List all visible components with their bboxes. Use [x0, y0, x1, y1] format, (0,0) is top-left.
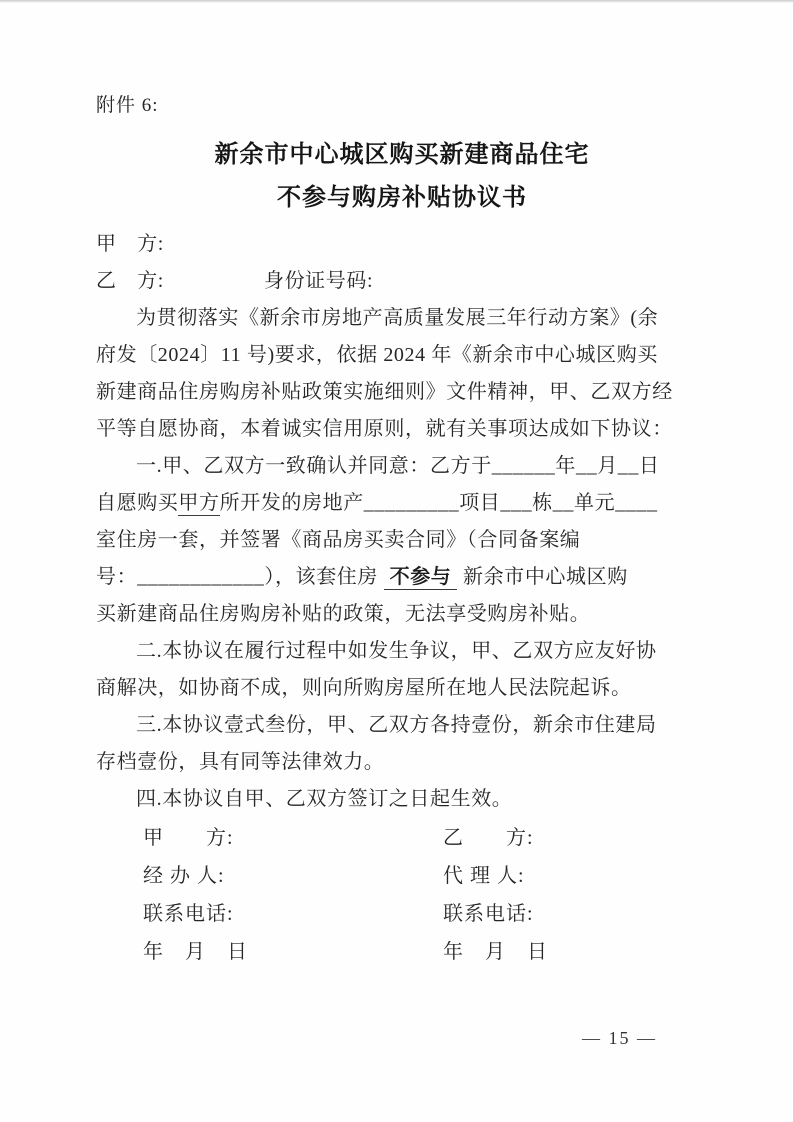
body-text: 买新建商品住房购房补贴的政策，无法享受购房补贴。: [96, 603, 590, 625]
body-line: 自愿购买甲方所开发的房地产_________项目___栋__单元____: [96, 485, 708, 522]
signature-label: 经 办 人:: [143, 857, 248, 895]
document-title-line-1: 新余市中心城区购买新建商品住宅: [96, 134, 708, 177]
body-text: 二.本协议在履行过程中如发生争议，甲、乙双方应友好协: [136, 640, 657, 662]
body-line: 号：____________），该套住房 不参与 新余市中心城区购: [96, 559, 708, 596]
body-line: 存档壹份，具有同等法律效力。: [96, 744, 708, 781]
body-text: 一.甲、乙双方一致确认并同意：乙方于______年__月__日: [136, 455, 660, 477]
body-line: 室住房一套，并签署《商品房买卖合同》（合同备案编: [96, 522, 708, 559]
body-text: 府发〔2024〕11 号)要求，依据 2024 年《新余市中心城区购买: [96, 344, 658, 366]
signature-label: 乙 方:: [443, 819, 548, 857]
page-number: — 15 —: [582, 1028, 657, 1049]
body-text: 新余市中心城区购: [457, 566, 627, 588]
party-a-label: 甲 方:: [96, 233, 164, 255]
agreement-body: 为贯彻落实《新余市房地产高质量发展三年行动方案》(余府发〔2024〕11 号)要…: [96, 300, 708, 818]
signature-label: 代 理 人:: [443, 857, 548, 895]
body-line: 平等自愿协商，本着诚实信用原则，就有关事项达成如下协议：: [96, 411, 708, 448]
body-text: 三.本协议壹式叁份，甲、乙双方各持壹份，新余市住建局: [136, 714, 657, 736]
attachment-label: 附件 6:: [96, 92, 708, 119]
body-line: 新建商品住房购房补贴政策实施细则》文件精神，甲、乙双方经: [96, 374, 708, 411]
body-line: 一.甲、乙双方一致确认并同意：乙方于______年__月__日: [96, 448, 708, 485]
signature-section: 甲 方:经 办 人:联系电话:年 月 日 乙 方:代 理 人:联系电话:年 月 …: [96, 819, 708, 975]
body-line: 四.本协议自甲、乙双方签订之日起生效。: [96, 781, 708, 818]
party-b-label: 乙 方:: [96, 270, 164, 292]
party-b-line: 乙 方:身份证号码:: [96, 263, 708, 300]
document-page: 附件 6: 新余市中心城区购买新建商品住宅 不参与购房补贴协议书 甲 方: 乙 …: [0, 0, 793, 1122]
body-line: 二.本协议在履行过程中如发生争议，甲、乙双方应友好协: [96, 633, 708, 670]
body-text: 室住房一套，并签署《商品房买卖合同》（合同备案编: [96, 529, 580, 551]
body-text: 自愿购买: [96, 492, 178, 514]
body-text: 新建商品住房购房补贴政策实施细则》文件精神，甲、乙双方经: [96, 381, 673, 403]
emphasized-term: 不参与: [384, 566, 458, 590]
body-line: 为贯彻落实《新余市房地产高质量发展三年行动方案》(余: [96, 300, 708, 337]
signature-label: 年 月 日: [143, 933, 248, 971]
signature-label: 甲 方:: [143, 819, 248, 857]
signature-label: 联系电话:: [443, 895, 548, 933]
signature-label: 联系电话:: [143, 895, 248, 933]
scan-edge: [0, 0, 793, 3]
party-a-line: 甲 方:: [96, 226, 708, 263]
body-text: 号：____________），该套住房: [96, 566, 384, 588]
id-number-label: 身份证号码:: [264, 270, 373, 292]
document-title-line-2: 不参与购房补贴协议书: [96, 177, 708, 220]
signature-right-column: 乙 方:代 理 人:联系电话:年 月 日: [443, 819, 548, 971]
body-text: 所开发的房地产_________项目___栋__单元____: [220, 492, 658, 514]
body-text: 为贯彻落实《新余市房地产高质量发展三年行动方案》(余: [136, 307, 658, 329]
body-text: 四.本协议自甲、乙双方签订之日起生效。: [136, 788, 512, 810]
signature-label: 年 月 日: [443, 933, 548, 971]
body-text: 平等自愿协商，本着诚实信用原则，就有关事项达成如下协议：: [96, 418, 673, 440]
underlined-text: 甲方: [178, 492, 219, 516]
body-text: 商解决，如协商不成，则向所购房屋所在地人民法院起诉。: [96, 677, 632, 699]
body-line: 商解决，如协商不成，则向所购房屋所在地人民法院起诉。: [96, 670, 708, 707]
body-line: 买新建商品住房购房补贴的政策，无法享受购房补贴。: [96, 596, 708, 633]
body-line: 府发〔2024〕11 号)要求，依据 2024 年《新余市中心城区购买: [96, 337, 708, 374]
body-line: 三.本协议壹式叁份，甲、乙双方各持壹份，新余市住建局: [96, 707, 708, 744]
document-title: 新余市中心城区购买新建商品住宅 不参与购房补贴协议书: [96, 134, 708, 220]
signature-left-column: 甲 方:经 办 人:联系电话:年 月 日: [143, 819, 248, 971]
body-text: 存档壹份，具有同等法律效力。: [96, 751, 384, 773]
document-content: 附件 6: 新余市中心城区购买新建商品住宅 不参与购房补贴协议书 甲 方: 乙 …: [96, 92, 708, 975]
